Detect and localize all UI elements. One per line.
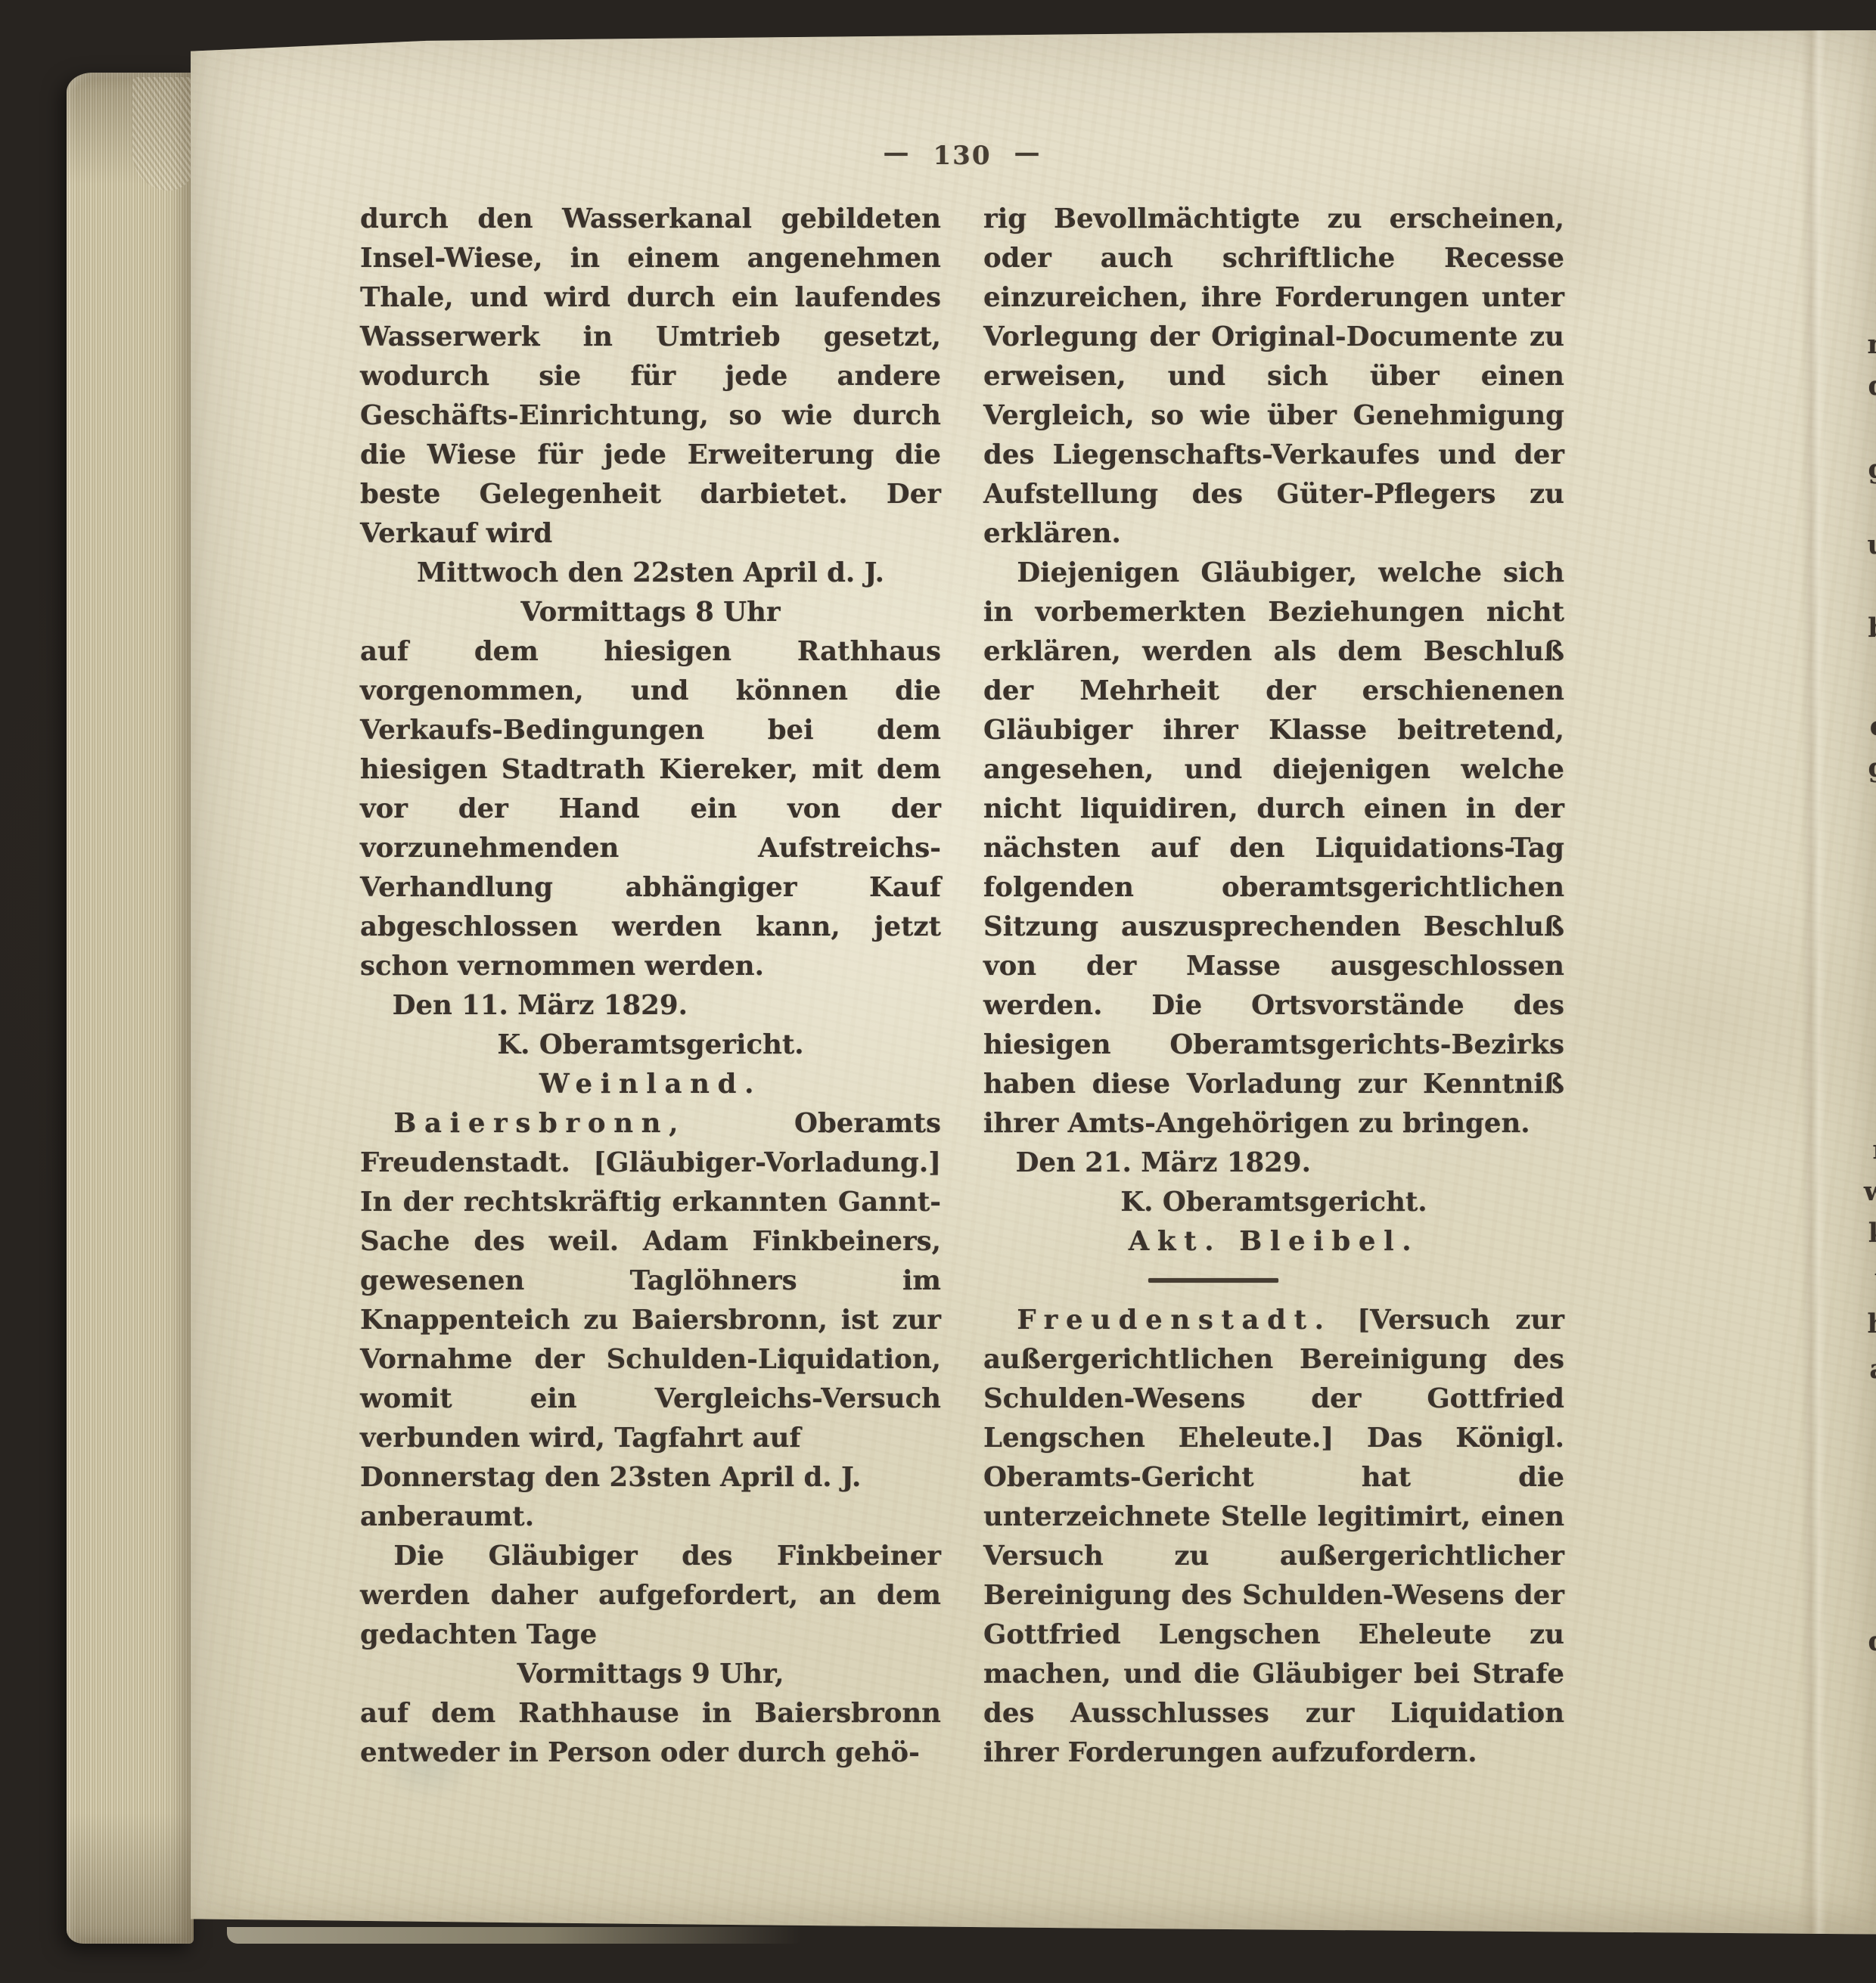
left-event2-date-line: Donnerstag den 23sten April d. J. xyxy=(360,1458,941,1497)
left-notice-place-lead: Baiersbronn, xyxy=(393,1108,686,1139)
next-page-letter-fragment: g xyxy=(1868,454,1876,485)
left-date-line: Den 11. März 1829. xyxy=(360,986,941,1026)
next-page-letter-fragment: r xyxy=(1873,1134,1876,1165)
book-fore-edge-page-stack xyxy=(67,73,194,1944)
next-page-text-fragments: ſ n d i g u b e g r w k t h a d xyxy=(1841,30,1876,1936)
folio-left-dash: — xyxy=(884,138,911,168)
page-number-header: —130— xyxy=(360,141,1564,171)
book-scan: { "colors": { "background": "#282420", "… xyxy=(0,0,1876,1983)
next-page-letter-fragment: n xyxy=(1868,329,1876,360)
right-notice-place-lead: Freudenstadt. xyxy=(1017,1305,1331,1336)
left-event-time-line: Vormittags 8 Uhr xyxy=(360,593,941,632)
next-page-letter-fragment: a xyxy=(1869,1354,1876,1385)
next-page-letter-fragment: d xyxy=(1868,1626,1876,1657)
left-notice-body: Oberamts Freudenstadt. [Gläubiger-Vorlad… xyxy=(360,1108,941,1454)
next-page-letter-fragment: k xyxy=(1868,1218,1876,1249)
section-divider-rule xyxy=(1148,1278,1278,1283)
left-event2-time-line: Vormittags 9 Uhr, xyxy=(360,1655,941,1694)
next-page-letter-fragment: w xyxy=(1864,1176,1876,1207)
book-page: —130— durch den Wasserkanal gebildeten I… xyxy=(191,30,1876,1936)
right-notice-paragraph: Freudenstadt. [Versuch zur außergerichtl… xyxy=(983,1301,1564,1773)
left-paragraph-venue: auf dem hiesigen Rathhaus vorgenommen, u… xyxy=(360,632,941,986)
left-paragraph-summons: Die Gläubiger des Finkbeiner werden dahe… xyxy=(360,1537,941,1655)
left-event-date-line: Mittwoch den 22sten April d. J. xyxy=(360,554,941,593)
right-column: rig Bevollmächtigte zu erscheinen, oder … xyxy=(983,200,1564,1773)
right-signature-name: Akt. Bleibel. xyxy=(983,1222,1564,1261)
underlying-page-edges xyxy=(227,1927,802,1944)
two-column-text: durch den Wasserkanal gebildeten Insel-W… xyxy=(360,200,1564,1773)
left-notice-paragraph: Baiersbronn, Oberamts Freudenstadt. [Glä… xyxy=(360,1104,941,1458)
left-signature-name: Weinland. xyxy=(360,1065,941,1104)
left-paragraph-tail: auf dem Rathhause in Baiersbronn entwede… xyxy=(360,1694,941,1773)
left-event2-anberaumt: anberaumt. xyxy=(360,1497,941,1537)
next-page-letter-fragment: b xyxy=(1868,613,1876,644)
right-signature-court: K. Oberamtsgericht. xyxy=(983,1183,1564,1222)
folio-right-dash: — xyxy=(1014,138,1041,168)
left-column: durch den Wasserkanal gebildeten Insel-W… xyxy=(360,200,941,1773)
left-paragraph-continuation: durch den Wasserkanal gebildeten Insel-W… xyxy=(360,200,941,554)
next-page-letter-fragment: g xyxy=(1868,753,1876,784)
next-page-letter-fragment: u xyxy=(1868,529,1876,560)
left-signature-court: K. Oberamtsgericht. xyxy=(360,1026,941,1065)
right-paragraph-default-rule: Diejenigen Gläubiger, welche sich in vor… xyxy=(983,554,1564,1144)
right-date-line: Den 21. März 1829. xyxy=(983,1144,1564,1183)
page-number: 130 xyxy=(933,141,992,171)
right-notice-body: [Versuch zur außergerichtlichen Bereinig… xyxy=(983,1305,1564,1768)
next-page-letter-fragment: e xyxy=(1870,711,1876,742)
printed-content: —130— durch den Wasserkanal gebildeten I… xyxy=(360,141,1564,1773)
next-page-letter-fragment: h xyxy=(1868,1308,1876,1339)
next-page-letter-fragment: d xyxy=(1868,371,1876,402)
right-paragraph-continuation: rig Bevollmächtigte zu erscheinen, oder … xyxy=(983,200,1564,554)
page-gutter-crease xyxy=(1800,30,1826,1936)
